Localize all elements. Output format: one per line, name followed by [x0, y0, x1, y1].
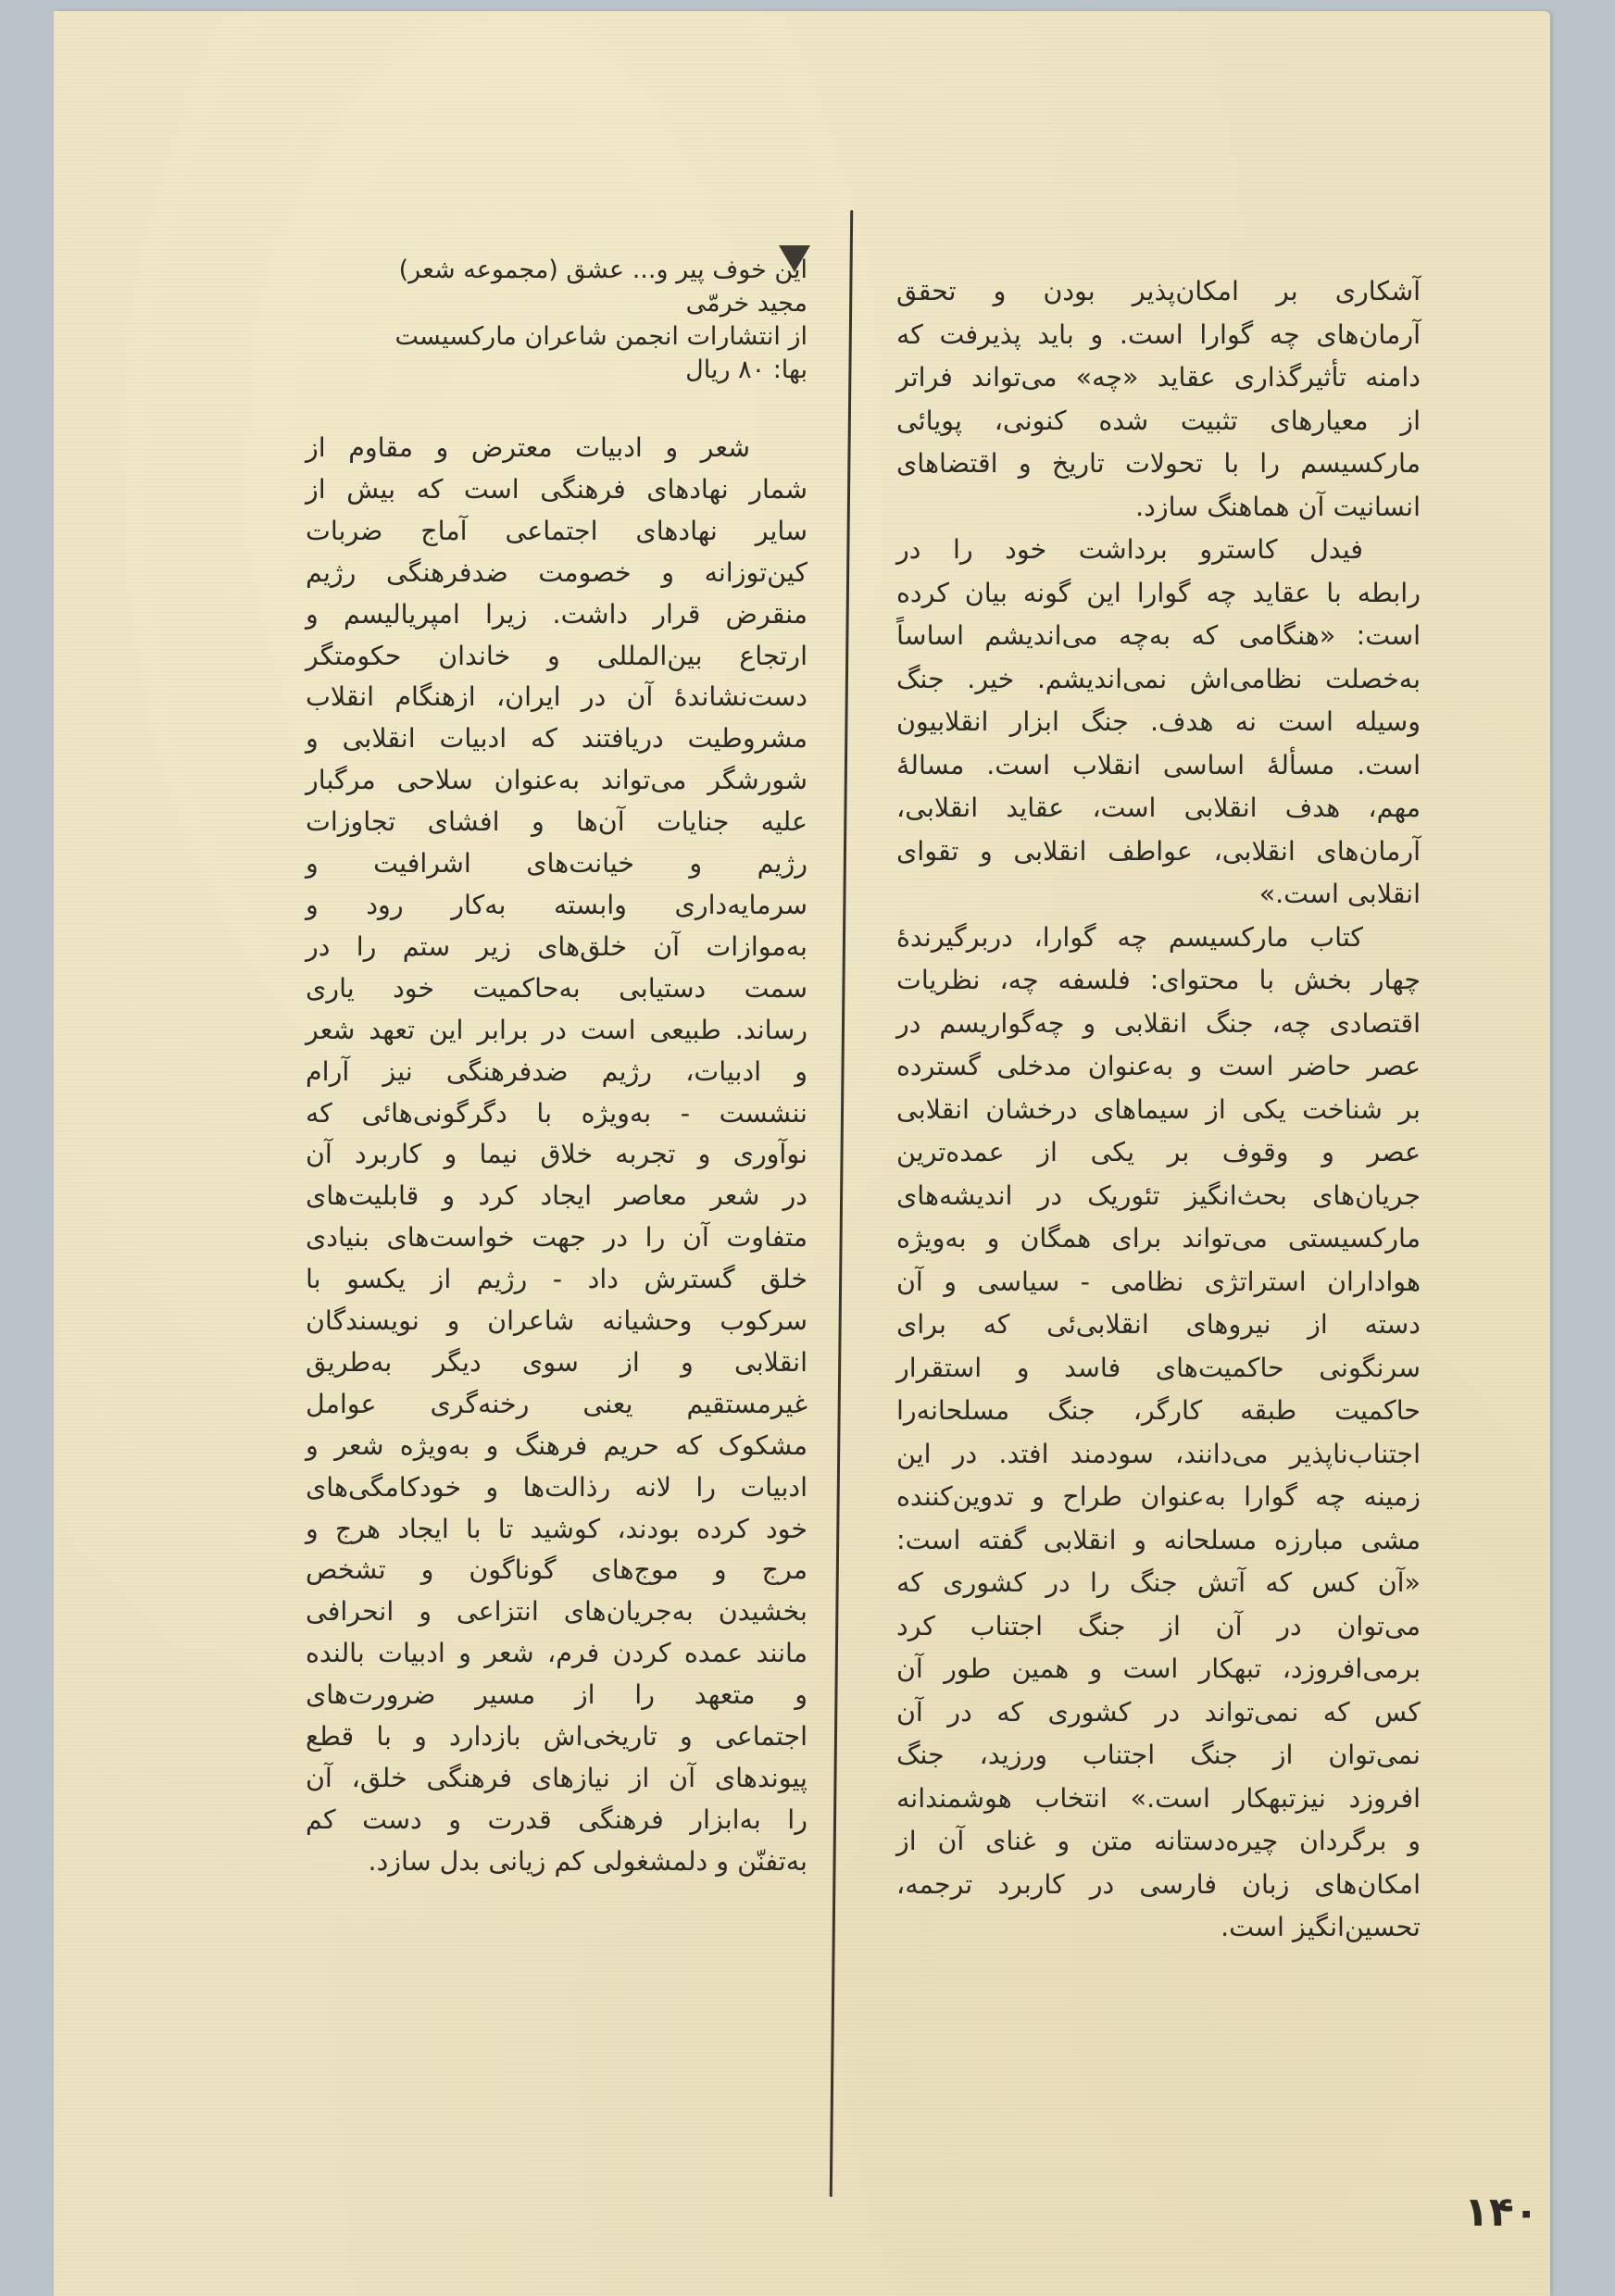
- book-price: بها: ۸۰ ریال: [306, 354, 807, 387]
- text-line: سرکوب وحشیانه شاعران و نویسندگان: [306, 1301, 807, 1342]
- text-line: از معیارهای تثبیت شده کنونی، پویائی: [896, 400, 1421, 443]
- book-info: این خوف پیر و... عشق (مجموعه شعر) مجید خ…: [306, 254, 807, 387]
- text-line: ادبیات را لانه رذالت‌ها و خودکامگی‌های: [306, 1467, 807, 1509]
- text-line: کین‌توزانه و خصومت ضدفرهنگی رژیم: [306, 553, 807, 594]
- text-line: مشکوک که حریم فرهنگ و به‌ویژه شعر و: [306, 1426, 807, 1467]
- text-line: چهار بخش با محتوای: فلسفه چه، نظریات: [896, 959, 1421, 1003]
- paragraph-castro-quote: فیدل کاسترو برداشت خود را دررابطه با عقا…: [896, 529, 1421, 917]
- book-title: این خوف پیر و... عشق (مجموعه شعر): [306, 254, 807, 287]
- text-line: انقلابی و از سوی دیگر به‌طریق: [306, 1342, 807, 1384]
- text-line: انقلابی است.»: [896, 873, 1421, 917]
- text-line: آشکاری بر امکان‌پذیر بودن و تحقق: [896, 270, 1421, 314]
- text-line: شورشگر می‌تواند به‌عنوان سلاحی مرگبار: [306, 760, 807, 802]
- text-line: سایر نهادهای اجتماعی آماج ضربات: [306, 511, 807, 553]
- text-line: می‌توان در آن از جنگ اجتناب کرد: [896, 1605, 1421, 1649]
- text-line: به‌تفنّن و دلمشغولی کم زیانی بدل سازد.: [306, 1841, 807, 1883]
- text-line: شمار نهادهای فرهنگی است که بیش از: [306, 469, 807, 511]
- text-line: حاکمیت طبقه کارگر، جنگ مسلحانه‌را: [896, 1390, 1421, 1433]
- text-line: سرمایه‌داری وابسته به‌کار رود و: [306, 885, 807, 927]
- text-line: رژیم و خیانت‌های اشرافیت و: [306, 843, 807, 885]
- text-line: کس که نمی‌تواند در کشوری که در آن: [896, 1691, 1421, 1735]
- text-line: است: «هنگامی که به‌چه می‌اندیشم اساساً: [896, 615, 1421, 658]
- text-line: وسیله است نه هدف. جنگ ابزار انقلابیون: [896, 701, 1421, 744]
- text-line: زمینه چه گوارا به‌عنوان طراح و تدوین‌کنن…: [896, 1476, 1421, 1519]
- text-line: بر شناخت یکی از سیماهای درخشان انقلابی: [896, 1089, 1421, 1132]
- text-line: اجتناب‌ناپذیر می‌دانند، سودمند افتد. در …: [896, 1433, 1421, 1477]
- text-line: خلق گسترش داد - رژیم از یکسو با: [306, 1259, 807, 1301]
- text-line: و برگردان چیره‌دستانه متن و غنای آن از: [896, 1820, 1421, 1864]
- text-line: مرج و موج‌های گوناگون و تشخص: [306, 1550, 807, 1591]
- page-number: ۱۴۰: [1464, 2189, 1539, 2236]
- text-line: شعر و ادبیات معترض و مقاوم از: [306, 428, 807, 469]
- text-line: آرمان‌های انقلابی، عواطف انقلابی و تقوای: [896, 830, 1421, 874]
- text-line: برمی‌افروزد، تبهکار است و همین طور آن: [896, 1648, 1421, 1691]
- text-line: رساند. طبیعی است در برابر این تعهد شعر: [306, 1010, 807, 1052]
- text-line: تحسین‌انگیز است.: [896, 1906, 1421, 1950]
- text-line: منقرض قرار داشت. زیرا امپریالیسم و: [306, 594, 807, 636]
- book-publisher: از انتشارات انجمن شاعران مارکسیست: [306, 320, 807, 354]
- text-line: رابطه با عقاید چه گوارا این گونه بیان کر…: [896, 572, 1421, 616]
- text-line: امکان‌های زبان فارسی در کاربرد ترجمه،: [896, 1864, 1421, 1907]
- right-column: آشکاری بر امکان‌پذیر بودن و تحققآرمان‌ها…: [896, 270, 1421, 1950]
- text-line: سرنگونی حاکمیت‌های فاسد و استقرار: [896, 1347, 1421, 1391]
- left-column: این خوف پیر و... عشق (مجموعه شعر) مجید خ…: [306, 254, 807, 1883]
- text-line: را به‌ابزار فرهنگی قدرت و دست کم: [306, 1800, 807, 1841]
- text-line: اجتماعی و تاریخی‌اش بازدارد و با قطع: [306, 1716, 807, 1758]
- text-line: علیه جنایات آن‌ها و افشای تجاوزات: [306, 802, 807, 843]
- text-line: مشروطیت دریافتند که ادبیات انقلابی و: [306, 718, 807, 760]
- scanned-page: آشکاری بر امکان‌پذیر بودن و تحققآرمان‌ها…: [54, 11, 1550, 2296]
- text-line: و ادبیات، رژیم ضدفرهنگی نیز آرام: [306, 1052, 807, 1093]
- text-line: و متعهد را از مسیر ضرورت‌های: [306, 1675, 807, 1716]
- text-line: مانند عمده کردن فرم، شعر و ادبیات بالنده: [306, 1633, 807, 1675]
- text-line: نوآوری و تجربه خلاق نیما و کاربرد آن: [306, 1134, 807, 1176]
- text-line: دامنه تأثیرگذاری عقاید «چه» می‌تواند فرا…: [896, 356, 1421, 400]
- text-line: آرمان‌های چه گوارا است. و باید پذیرفت که: [896, 314, 1421, 357]
- text-line: مارکسیسم را با تحولات تاریخ و اقتضاهای: [896, 443, 1421, 486]
- text-line: خود کرده بودند، کوشید تا با ایجاد هرج و: [306, 1509, 807, 1551]
- text-line: دست‌نشاندهٔ آن در ایران، ازهنگام انقلاب: [306, 677, 807, 718]
- column-divider: [830, 210, 853, 2197]
- text-line: سمت دستیابی به‌حاکمیت خود یاری: [306, 968, 807, 1010]
- text-line: است. مسألهٔ اساسی انقلاب است. مسالهٔ: [896, 744, 1421, 788]
- text-line: مارکسیستی می‌تواند برای همگان و به‌ویژه: [896, 1217, 1421, 1261]
- text-line: نمی‌توان از جنگ اجتناب ورزید، جنگ: [896, 1734, 1421, 1778]
- text-line: «آن کس که آتش جنگ را در کشوری که: [896, 1562, 1421, 1605]
- text-line: به‌خصلت نظامی‌اش نمی‌اندیشم. خیر. جنگ: [896, 658, 1421, 702]
- paragraph-book-review: کتاب مارکسیسم چه گوارا، دربرگیرندهٔچهار …: [896, 917, 1421, 1950]
- paragraph-intro: آشکاری بر امکان‌پذیر بودن و تحققآرمان‌ها…: [896, 270, 1421, 529]
- text-line: ارتجاع بین‌المللی و خاندان حکومتگر: [306, 636, 807, 678]
- text-line: جریان‌های بحث‌انگیز تئوریک در اندیشه‌های: [896, 1175, 1421, 1218]
- text-line: انسانیت آن هماهنگ سازد.: [896, 486, 1421, 530]
- text-line: مهم، هدف انقلابی است، عقاید انقلابی،: [896, 787, 1421, 830]
- text-line: به‌موازات آن خلق‌های زیر ستم را در: [306, 927, 807, 968]
- text-line: ننشست - به‌ویژه با دگرگونی‌هائی که: [306, 1093, 807, 1135]
- text-line: پیوندهای آن از نیازهای فرهنگی خلق، آن: [306, 1758, 807, 1800]
- text-line: متفاوت آن را در جهت خواست‌های بنیادی: [306, 1217, 807, 1259]
- text-line: عصر و وقوف بر یکی از عمده‌ترین: [896, 1131, 1421, 1175]
- text-line: فیدل کاسترو برداشت خود را در: [896, 529, 1421, 572]
- text-line: در شعر معاصر ایجاد کرد و قابلیت‌های: [306, 1176, 807, 1217]
- book-author: مجید خرمّی: [306, 287, 807, 320]
- paragraph-poetry-review: شعر و ادبیات معترض و مقاوم ازشمار نهادها…: [306, 428, 807, 1883]
- text-line: دسته از نیروهای انقلابی‌ئی که برای: [896, 1304, 1421, 1347]
- text-line: اقتصادی چه، جنگ انقلابی و چه‌گواریسم در: [896, 1003, 1421, 1046]
- text-line: مشی مبارزه مسلحانه و انقلابی گفته است:: [896, 1519, 1421, 1563]
- text-line: بخشیدن به‌جریان‌های انتزاعی و انحرافی: [306, 1591, 807, 1633]
- text-line: افروزد نیزتبهکار است.» انتخاب هوشمندانه: [896, 1778, 1421, 1821]
- text-line: عصر حاضر است و به‌عنوان مدخلی گسترده: [896, 1045, 1421, 1089]
- text-line: هواداران استراتژی نظامی - سیاسی و آن: [896, 1261, 1421, 1304]
- text-line: کتاب مارکسیسم چه گوارا، دربرگیرندهٔ: [896, 917, 1421, 960]
- text-line: غیرمستقیم یعنی رخنه‌گری عوامل: [306, 1384, 807, 1426]
